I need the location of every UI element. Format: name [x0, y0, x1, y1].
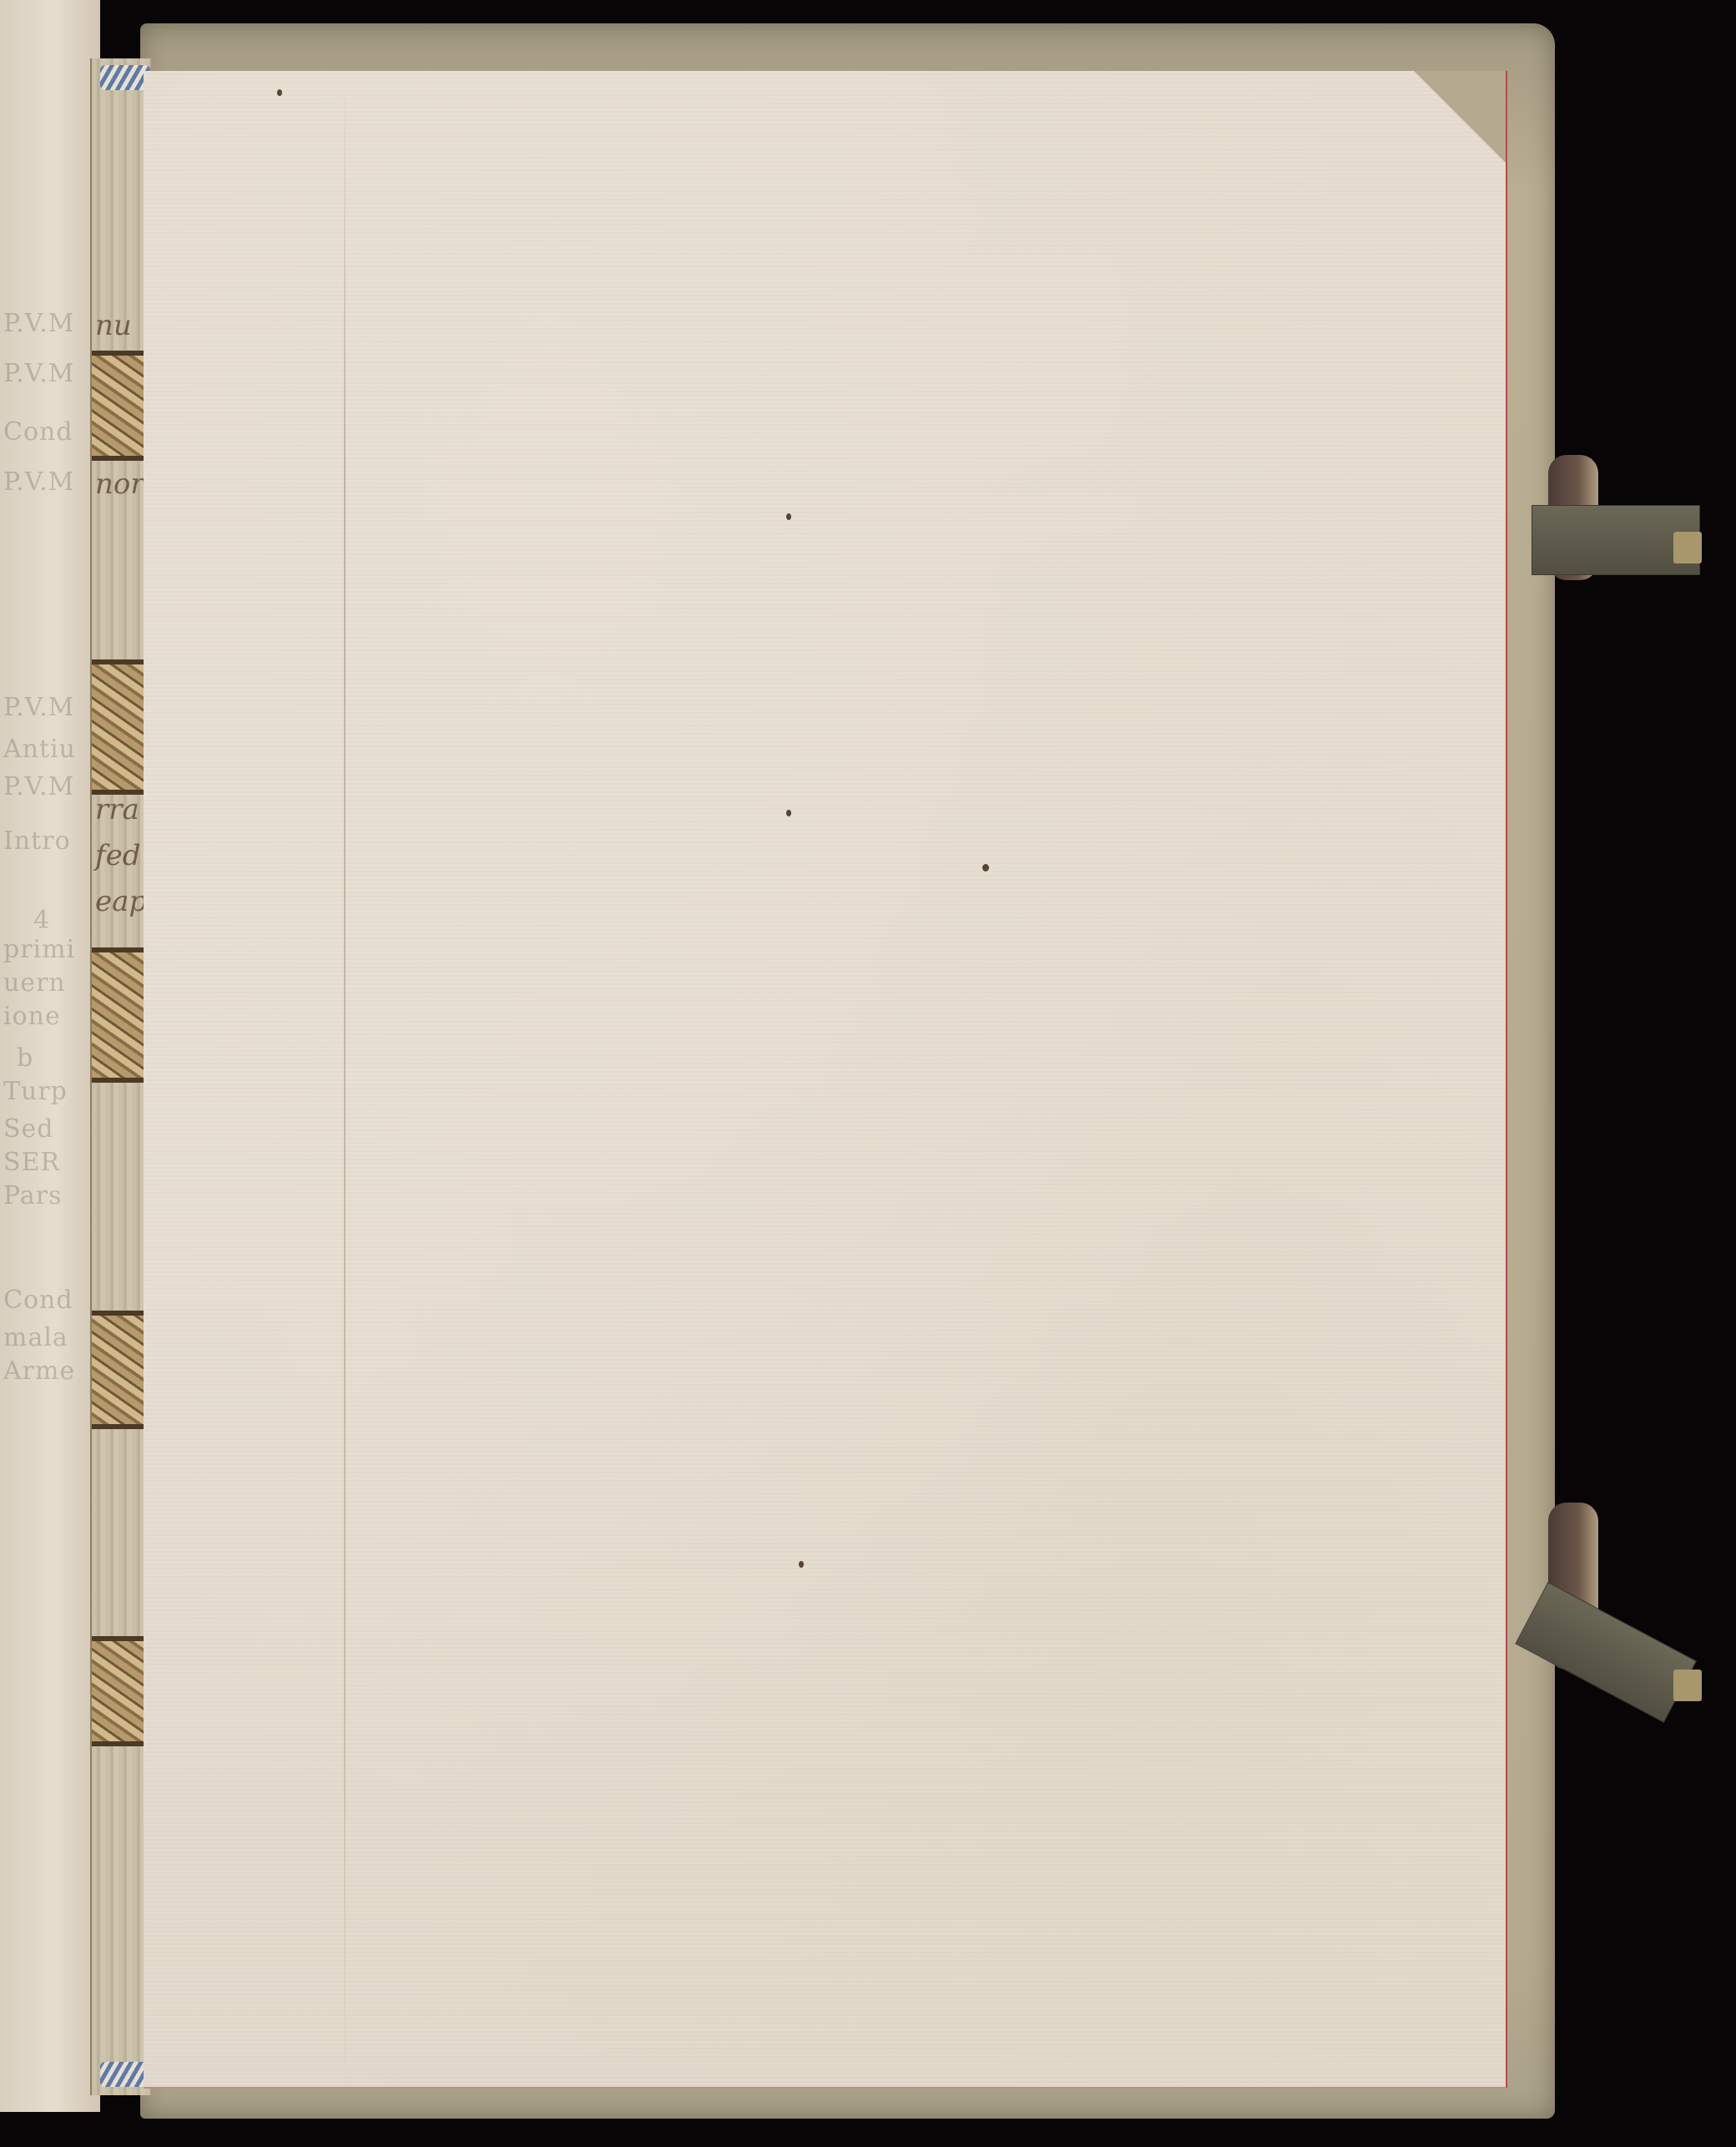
- manuscript-fragment: fed: [95, 839, 140, 872]
- bleed-through-text: mala: [3, 1323, 68, 1352]
- paper-fleck: [786, 810, 791, 816]
- blue-endband-thread: [100, 65, 150, 90]
- bleed-through-text: Pars: [3, 1181, 62, 1210]
- bleed-through-text: uern: [3, 968, 66, 998]
- bleed-through-text: Sed: [3, 1114, 54, 1144]
- bleed-through-text: P.V.M: [3, 309, 74, 338]
- bleed-through-text: Cond: [3, 1286, 73, 1315]
- paper-fleck: [982, 864, 989, 871]
- bleed-through-text: Cond: [3, 417, 73, 447]
- bleed-through-text: ione: [3, 1002, 61, 1031]
- left-text-page: P.V.M P.V.M Cond P.V.M P.V.M Antiu P.V.M…: [0, 0, 100, 2112]
- bleed-through-text: Turp: [3, 1077, 68, 1106]
- bleed-through-text: 4: [33, 906, 50, 935]
- bleed-through-text: SER: [3, 1148, 60, 1177]
- bleed-through-text: b: [17, 1043, 33, 1073]
- bleed-through-text: Arme: [3, 1356, 75, 1386]
- paper-crease: [344, 71, 346, 2087]
- clasp-hook-tip: [1673, 1670, 1702, 1701]
- clasp-hook-tip: [1673, 532, 1702, 563]
- paper-fleck: [277, 89, 282, 96]
- sewing-cord: [92, 1636, 150, 1746]
- paper-fleck: [786, 513, 791, 520]
- bleed-through-text: Intro: [3, 826, 71, 856]
- bleed-through-text: Antiu: [3, 735, 76, 764]
- blank-pastedown-endleaf: [144, 71, 1507, 2089]
- blue-endband-thread: [100, 2062, 150, 2087]
- bleed-through-text: primi: [3, 935, 75, 964]
- manuscript-fragment: rra: [95, 793, 139, 826]
- bleed-through-text: P.V.M: [3, 467, 74, 497]
- manuscript-fragment: nu: [95, 309, 132, 342]
- bleed-through-text: P.V.M: [3, 359, 74, 388]
- spine-hinge: nu nora rra fed eaph: [90, 58, 152, 2095]
- sewing-cord: [92, 659, 150, 795]
- sewing-cord: [92, 1311, 150, 1429]
- paper-fleck: [799, 1561, 804, 1568]
- sewing-cord: [92, 947, 150, 1083]
- folded-corner: [1414, 71, 1506, 163]
- sewing-cord: [92, 351, 150, 461]
- bleed-through-text: P.V.M: [3, 772, 74, 801]
- bleed-through-text: P.V.M: [3, 693, 74, 722]
